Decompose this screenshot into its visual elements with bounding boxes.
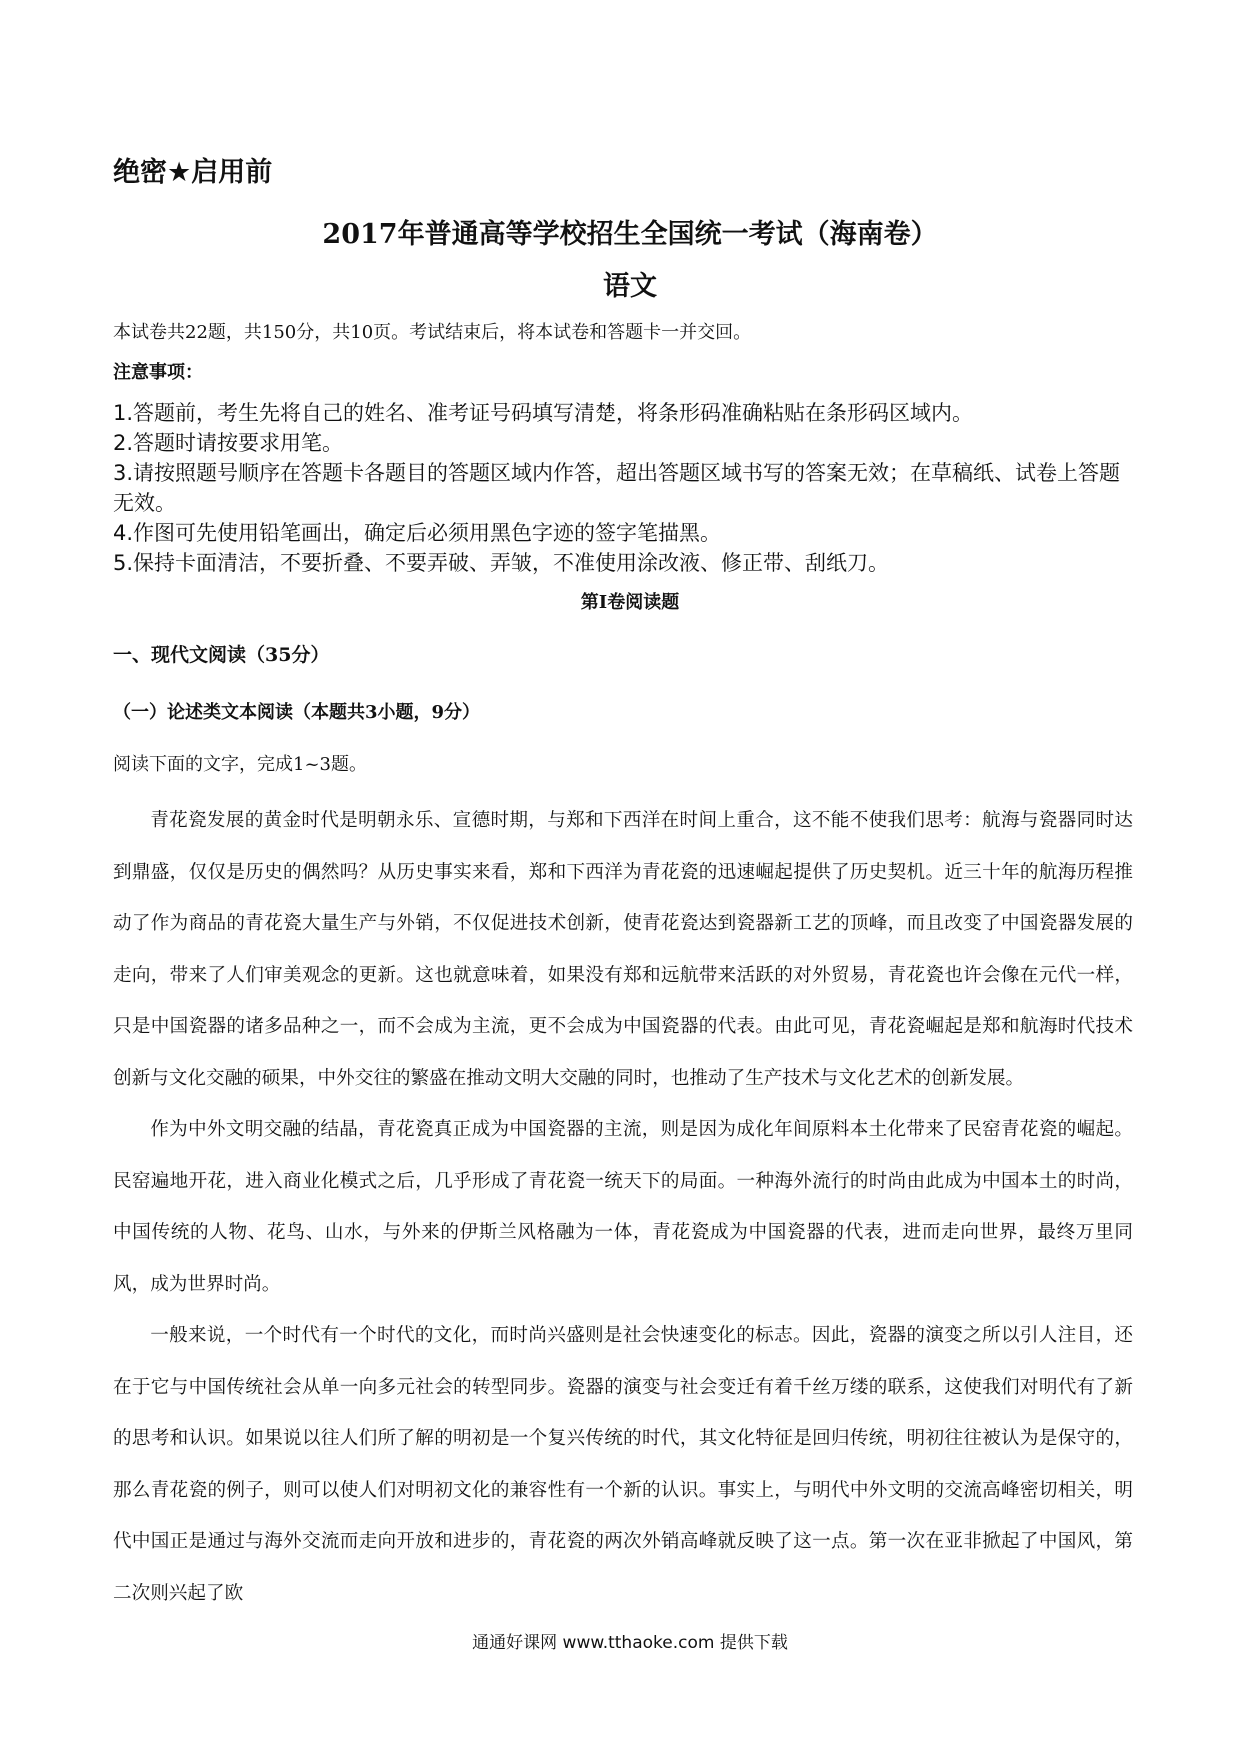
exam-title: 2017年普通高等学校招生全国统一考试（海南卷） [0,212,1240,251]
notice-item: 5.保持卡面清洁，不要折叠、不要弄破、弄皱，不准使用涂改液、修正带、刮纸刀。 [113,548,1133,578]
notice-item: 3.请按照题号顺序在答题卡各题目的答题区域内作答，超出答题区域书写的答案无效；在… [113,458,1133,518]
exam-intro: 本试卷共22题，共150分，共10页。考试结束后，将本试卷和答题卡一并交回。 [113,318,751,344]
subsection-title: （一）论述类文本阅读（本题共3小题，9分） [113,698,480,724]
passage-paragraph: 一般来说，一个时代有一个时代的文化，而时尚兴盛则是社会快速变化的标志。因此，瓷器… [113,1310,1133,1619]
section-title: 一、现代文阅读（35分） [113,640,329,667]
notice-heading: 注意事项： [113,358,203,384]
confidential-mark: 绝密★启用前 [113,150,272,189]
notice-list: 1.答题前，考生先将自己的姓名、准考证号码填写清楚，将条形码准确粘贴在条形码区域… [113,398,1133,578]
subject-title: 语文 [0,264,1240,303]
part-title: 第Ⅰ卷阅读题 [0,588,1240,614]
passage-paragraph: 青花瓷发展的黄金时代是明朝永乐、宣德时期，与郑和下西洋在时间上重合，这不能不使我… [113,795,1133,1104]
notice-item: 2.答题时请按要求用笔。 [113,428,1133,458]
footer-source: 通通好课网 www.tthaoke.com 提供下载 [0,1628,1240,1653]
reading-instruction: 阅读下面的文字，完成1~3题。 [113,750,367,776]
reading-passage: 青花瓷发展的黄金时代是明朝永乐、宣德时期，与郑和下西洋在时间上重合，这不能不使我… [113,795,1133,1619]
passage-paragraph: 作为中外文明交融的结晶，青花瓷真正成为中国瓷器的主流，则是因为成化年间原料本土化… [113,1104,1133,1310]
notice-item: 4.作图可先使用铅笔画出，确定后必须用黑色字迹的签字笔描黑。 [113,518,1133,548]
notice-item: 1.答题前，考生先将自己的姓名、准考证号码填写清楚，将条形码准确粘贴在条形码区域… [113,398,1133,428]
